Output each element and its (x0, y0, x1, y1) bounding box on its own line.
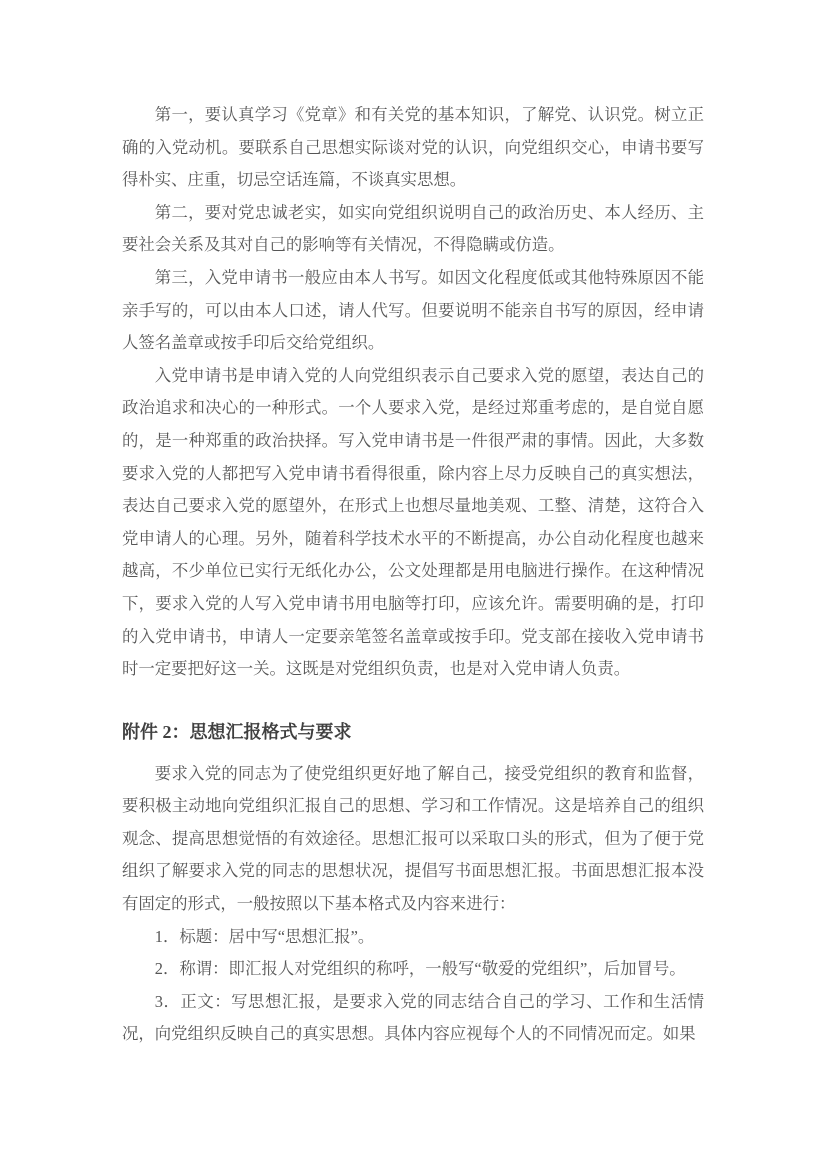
body-paragraph-4: 入党申请书是申请入党的人向党组织表示自己要求入党的愿望，表达自己的政治追求和决心… (122, 360, 704, 686)
body-paragraph-2: 第二，要对党忠诚老实，如实向党组织说明自己的政治历史、本人经历、主要社会关系及其… (122, 197, 704, 262)
attachment2-intro-paragraph: 要求入党的同志为了使党组织更好地了解自己，接受党组织的教育和监督，要积极主动地向… (122, 758, 704, 921)
attachment2-heading: 附件 2：思想汇报格式与要求 (122, 718, 704, 746)
format-item-salutation: 2．称谓：即汇报人对党组织的称呼，一般写“敬爱的党组织”，后加冒号。 (122, 953, 704, 986)
document-content: 第一，要认真学习《党章》和有关党的基本知识，了解党、认识党。树立正确的入党动机。… (122, 0, 704, 1051)
document-page: 第一，要认真学习《党章》和有关党的基本知识，了解党、认识党。树立正确的入党动机。… (0, 0, 826, 1169)
body-paragraph-1: 第一，要认真学习《党章》和有关党的基本知识，了解党、认识党。树立正确的入党动机。… (122, 99, 704, 197)
format-item-title: 1．标题：居中写“思想汇报”。 (122, 921, 704, 954)
format-item-body: 3．正文：写思想汇报，是要求入党的同志结合自己的学习、工作和生活情况，向党组织反… (122, 986, 704, 1051)
body-paragraph-3: 第三，入党申请书一般应由本人书写。如因文化程度低或其他特殊原因不能亲手写的，可以… (122, 262, 704, 360)
